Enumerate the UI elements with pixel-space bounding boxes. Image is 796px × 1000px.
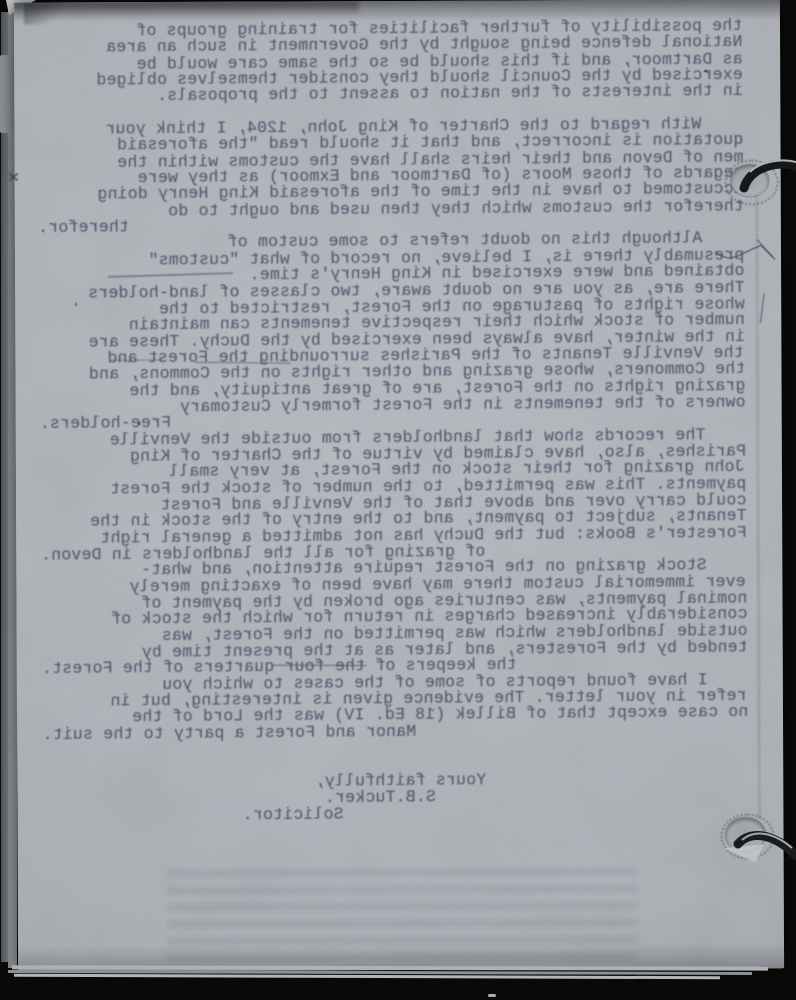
paper-speck	[704, 70, 708, 73]
ghost-text-bleed	[168, 868, 638, 962]
pencil-underline	[111, 359, 163, 361]
vertical-crease	[756, 179, 761, 819]
binder-hole	[731, 164, 769, 196]
paper-speck	[138, 422, 141, 425]
page-corner-crease	[24, 2, 70, 24]
letter-page: the possibility of further facilities fo…	[14, 0, 784, 972]
archive-photo: the possibility of further facilities fo…	[0, 0, 796, 1000]
paper-speck	[75, 302, 77, 306]
typewritten-text-mirrored: the possibility of further facilities fo…	[36, 18, 749, 825]
pencil-margin-tick	[759, 293, 765, 323]
pencil-underline	[272, 664, 367, 666]
dust-speck	[488, 994, 496, 997]
page-stack-tab	[0, 55, 15, 133]
